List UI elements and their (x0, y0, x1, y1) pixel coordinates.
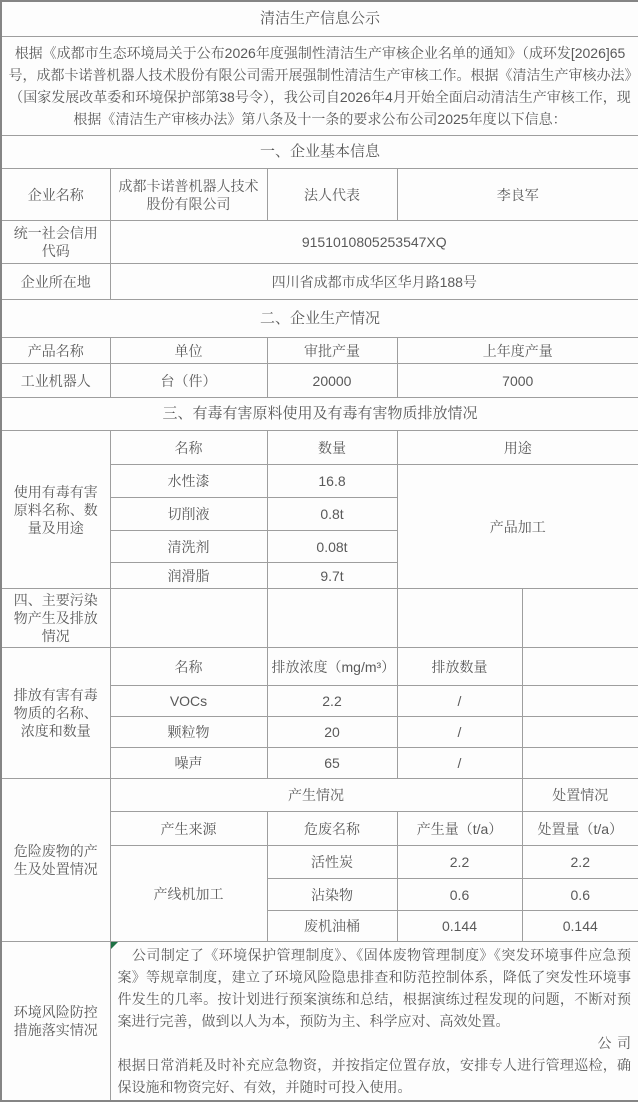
value-pollutant-name: 噪声 (110, 748, 267, 779)
value-product-unit: 台（件） (110, 364, 267, 398)
column-header-product-name: 产品名称 (1, 338, 110, 364)
value-pollutant-concentration: 2.2 (267, 686, 397, 717)
risk-control-paragraph-2: 公司根据日常消耗及时补充应急物资，并按指定位置存放，安排专人进行管理巡检，确保设… (118, 1032, 632, 1098)
label-company-location: 企业所在地 (1, 264, 110, 300)
table-row: 工业机器人 台（件） 20000 7000 (1, 364, 638, 398)
value-material-name: 切削液 (110, 498, 267, 531)
label-legal-representative: 法人代表 (267, 169, 397, 221)
column-header-material-name: 名称 (110, 431, 267, 465)
section-header-production: 二、企业生产情况 (1, 300, 638, 338)
value-pollutant-concentration: 65 (267, 748, 397, 779)
risk-control-paragraph-1: 公司制定了《环境保护管理制度》、《固体废物管理制度》《突发环境事件应急预案》等规… (118, 944, 632, 1032)
value-pollutant-name: VOCs (110, 686, 267, 717)
column-header-unit: 单位 (110, 338, 267, 364)
column-header-waste-name: 危废名称 (267, 812, 397, 846)
row-label-toxic-materials: 使用有毒有害原料名称、数量及用途 (1, 431, 110, 589)
value-waste-disposed: 0.6 (522, 879, 638, 911)
risk-control-content-cell: 公司制定了《环境保护管理制度》、《固体废物管理制度》《突发环境事件应急预案》等规… (110, 942, 638, 1102)
value-pollutant-concentration: 20 (267, 717, 397, 748)
value-waste-disposed: 2.2 (522, 846, 638, 879)
value-material-name: 清洗剂 (110, 531, 267, 563)
value-material-qty: 0.08t (267, 531, 397, 563)
value-last-year-output: 7000 (397, 364, 638, 398)
empty-cell (397, 589, 522, 648)
value-pollutant-name: 颗粒物 (110, 717, 267, 748)
column-header-last-year-output: 上年度产量 (397, 338, 638, 364)
column-header-emission-concentration: 排放浓度（mg/m³） (267, 648, 397, 686)
value-waste-generated: 0.6 (397, 879, 522, 911)
value-waste-generated: 0.144 (397, 911, 522, 942)
empty-cell (522, 589, 638, 648)
label-credit-code: 统一社会信用代码 (1, 221, 110, 264)
value-material-usage: 产品加工 (397, 465, 638, 589)
column-header-pollutant-name: 名称 (110, 648, 267, 686)
intro-paragraph: 根据《成都市生态环境局关于公布2026年度强制性清洁生产审核企业名单的通知》（成… (1, 37, 638, 136)
section-header-basic-info: 一、企业基本信息 (1, 136, 638, 169)
value-waste-disposed: 0.144 (522, 911, 638, 942)
value-material-qty: 16.8 (267, 465, 397, 498)
row-label-hazardous-waste: 危险废物的产生及处置情况 (1, 779, 110, 942)
empty-cell (267, 589, 397, 648)
value-waste-name: 沾染物 (267, 879, 397, 911)
empty-cell (522, 717, 638, 748)
column-header-material-usage: 用途 (397, 431, 638, 465)
empty-cell (522, 648, 638, 686)
column-header-approved-output: 审批产量 (267, 338, 397, 364)
empty-cell (110, 589, 267, 648)
value-waste-name: 废机油桶 (267, 911, 397, 942)
value-approved-output: 20000 (267, 364, 397, 398)
value-legal-representative: 李良军 (397, 169, 638, 221)
value-material-name: 水性漆 (110, 465, 267, 498)
column-header-material-qty: 数量 (267, 431, 397, 465)
empty-cell (522, 686, 638, 717)
column-header-generated-amount: 产生量（t/a） (397, 812, 522, 846)
value-company-name: 成都卡诺普机器人技术股份有限公司 (110, 169, 267, 221)
column-header-disposed-amount: 处置量（t/a） (522, 812, 638, 846)
value-waste-source: 产线机加工 (110, 846, 267, 942)
section-label-pollutants: 四、主要污染物产生及排放情况 (1, 589, 110, 648)
clean-production-disclosure-table: 清洁生产信息公示 根据《成都市生态环境局关于公布2026年度强制性清洁生产审核企… (0, 0, 638, 1102)
value-material-qty: 9.7t (267, 563, 397, 589)
value-material-name: 润滑脂 (110, 563, 267, 589)
label-company-name: 企业名称 (1, 169, 110, 221)
empty-cell (522, 748, 638, 779)
section-header-toxic-materials: 三、有毒有害原料使用及有毒有害物质排放情况 (1, 398, 638, 431)
cell-comment-marker-icon (111, 942, 118, 949)
page-title: 清洁生产信息公示 (1, 1, 638, 37)
value-company-location: 四川省成都市成华区华月路188号 (110, 264, 638, 300)
row-label-emissions: 排放有害有毒物质的名称、浓度和数量 (1, 648, 110, 779)
value-waste-generated: 2.2 (397, 846, 522, 879)
value-pollutant-amount: / (397, 686, 522, 717)
value-pollutant-amount: / (397, 748, 522, 779)
value-waste-name: 活性炭 (267, 846, 397, 879)
column-header-emission-amount: 排放数量 (397, 648, 522, 686)
column-header-waste-source: 产生来源 (110, 812, 267, 846)
row-label-risk-control: 环境风险防控措施落实情况 (1, 942, 110, 1102)
value-pollutant-amount: / (397, 717, 522, 748)
value-material-qty: 0.8t (267, 498, 397, 531)
value-product-name: 工业机器人 (1, 364, 110, 398)
value-credit-code: 9151010805253547XQ (110, 221, 638, 264)
column-header-disposal: 处置情况 (522, 779, 638, 812)
column-header-generation: 产生情况 (110, 779, 522, 812)
